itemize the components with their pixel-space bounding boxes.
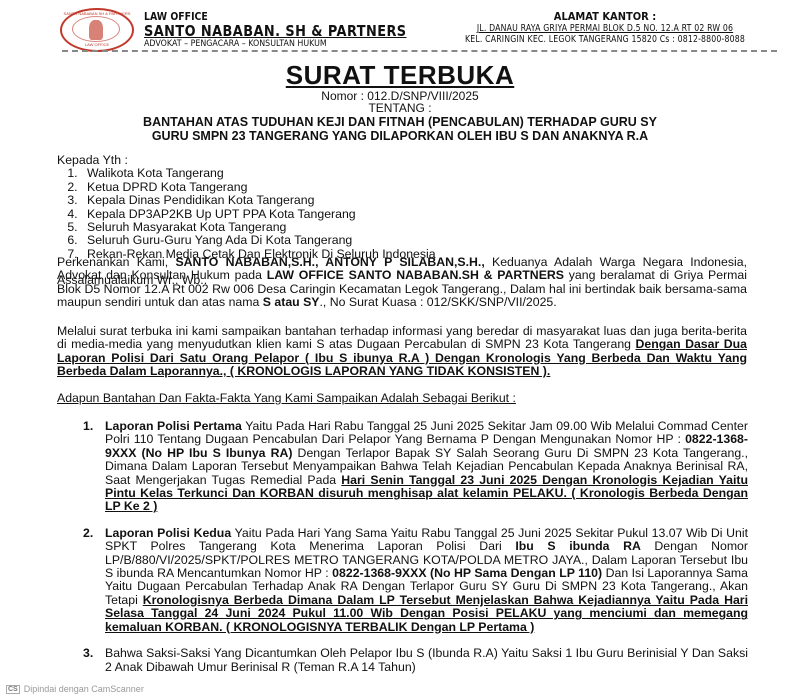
item-heading: Laporan Polisi Pertama: [105, 419, 242, 433]
item-number: 2.: [83, 527, 93, 540]
facts-heading: Adapun Bantahan Dan Fakta-Fakta Yang Kam…: [57, 392, 747, 405]
phone-number: 0822-1368-9XXX (No HP Sama Dengan LP 110…: [332, 566, 602, 580]
purpose-paragraph: Melalui surat terbuka ini kami sampaikan…: [57, 325, 747, 379]
address-heading: ALAMAT KANTOR :: [439, 10, 772, 23]
text: Bahwa Saksi-Saksi Yang Dicantumkan Oleh …: [105, 646, 748, 673]
law-office-logo: SANTO NABABAN SH & PARTNERS LAW OFFICE: [60, 8, 134, 52]
fact-item-1: 1.Laporan Polisi Pertama Yaitu Pada Hari…: [83, 420, 748, 514]
recipient-list: Walikota Kota Tangerang Ketua DPRD Kota …: [57, 167, 747, 261]
address-line-1: JL. DANAU RAYA GRIYA PERMAI BLOK D.5 NO.…: [453, 23, 756, 34]
recipient-item: Ketua DPRD Kota Tangerang: [81, 181, 747, 194]
subject-line-1: BANTAHAN ATAS TUDUHAN KEJI DAN FITNAH (P…: [0, 115, 800, 129]
subject-line-2: GURU SMPN 23 TANGERANG YANG DILAPORKAN O…: [0, 129, 800, 143]
justice-figure-icon: [89, 20, 103, 40]
logo-text-bottom: LAW OFFICE: [62, 42, 132, 47]
text: Perkenankan Kami,: [57, 255, 175, 269]
item-heading: Laporan Polisi Kedua: [105, 526, 231, 540]
address-line-2: KEL. CARINGIN KEC. LEGOK TANGERANG 15820…: [453, 34, 756, 45]
recipient-item: Walikota Kota Tangerang: [81, 167, 747, 180]
fact-item-2: 2.Laporan Polisi Kedua Yaitu Pada Hari Y…: [83, 527, 748, 634]
recipient-item: Seluruh Guru-Guru Yang Ada Di Kota Tange…: [81, 234, 747, 247]
text: ., No Surat Kuasa : 012/SKK/SNP/VII/2025…: [320, 295, 557, 309]
office-address: ALAMAT KANTOR : JL. DANAU RAYA GRIYA PER…: [420, 10, 790, 45]
letterhead-divider: [62, 50, 777, 52]
client-name: S atau SY: [263, 295, 320, 309]
document-title: SURAT TERBUKA: [0, 60, 800, 91]
camscanner-icon: CS: [6, 685, 20, 694]
intro-paragraph: Perkenankan Kami, SANTO NABABAN,S.H., AN…: [57, 256, 747, 310]
recipient-item: Kepala Dinas Pendidikan Kota Tangerang: [81, 194, 747, 207]
firm-tagline: ADVOKAT – PENGACARA – KONSULTAN HUKUM: [144, 39, 413, 49]
scanner-watermark: CS Dipindai dengan CamScanner: [6, 684, 144, 694]
lawyer-names: SANTO NABABAN,S.H., ANTONY P SILABAN,S.H…: [175, 255, 484, 269]
emphasis-text: Kronologisnya Berbeda Dimana Dalam LP Te…: [105, 593, 748, 634]
tentang-label: TENTANG :: [0, 101, 800, 115]
document-subject: BANTAHAN ATAS TUDUHAN KEJI DAN FITNAH (P…: [0, 115, 800, 143]
watermark-text: Dipindai dengan CamScanner: [24, 684, 144, 694]
letterhead: SANTO NABABAN SH & PARTNERS LAW OFFICE L…: [0, 0, 800, 56]
item-number: 1.: [83, 420, 93, 433]
firm-name-inline: LAW OFFICE SANTO NABABAN.SH & PARTNERS: [267, 268, 564, 282]
firm-block: LAW OFFICE SANTO NABABAN. SH & PARTNERS …: [144, 10, 449, 49]
facts-list: 1.Laporan Polisi Pertama Yaitu Pada Hari…: [83, 420, 748, 687]
kepada-label: Kepada Yth :: [57, 154, 747, 167]
recipient-item: Seluruh Masyarakat Kota Tangerang: [81, 221, 747, 234]
reporter-name: Ibu S ibunda RA: [515, 539, 640, 553]
fact-item-3: 3.Bahwa Saksi-Saksi Yang Dicantumkan Ole…: [83, 647, 748, 674]
recipient-item: Kepala DP3AP2KB Up UPT PPA Kota Tangeran…: [81, 208, 747, 221]
firm-name: SANTO NABABAN. SH & PARTNERS: [144, 23, 407, 39]
item-number: 3.: [83, 647, 93, 660]
